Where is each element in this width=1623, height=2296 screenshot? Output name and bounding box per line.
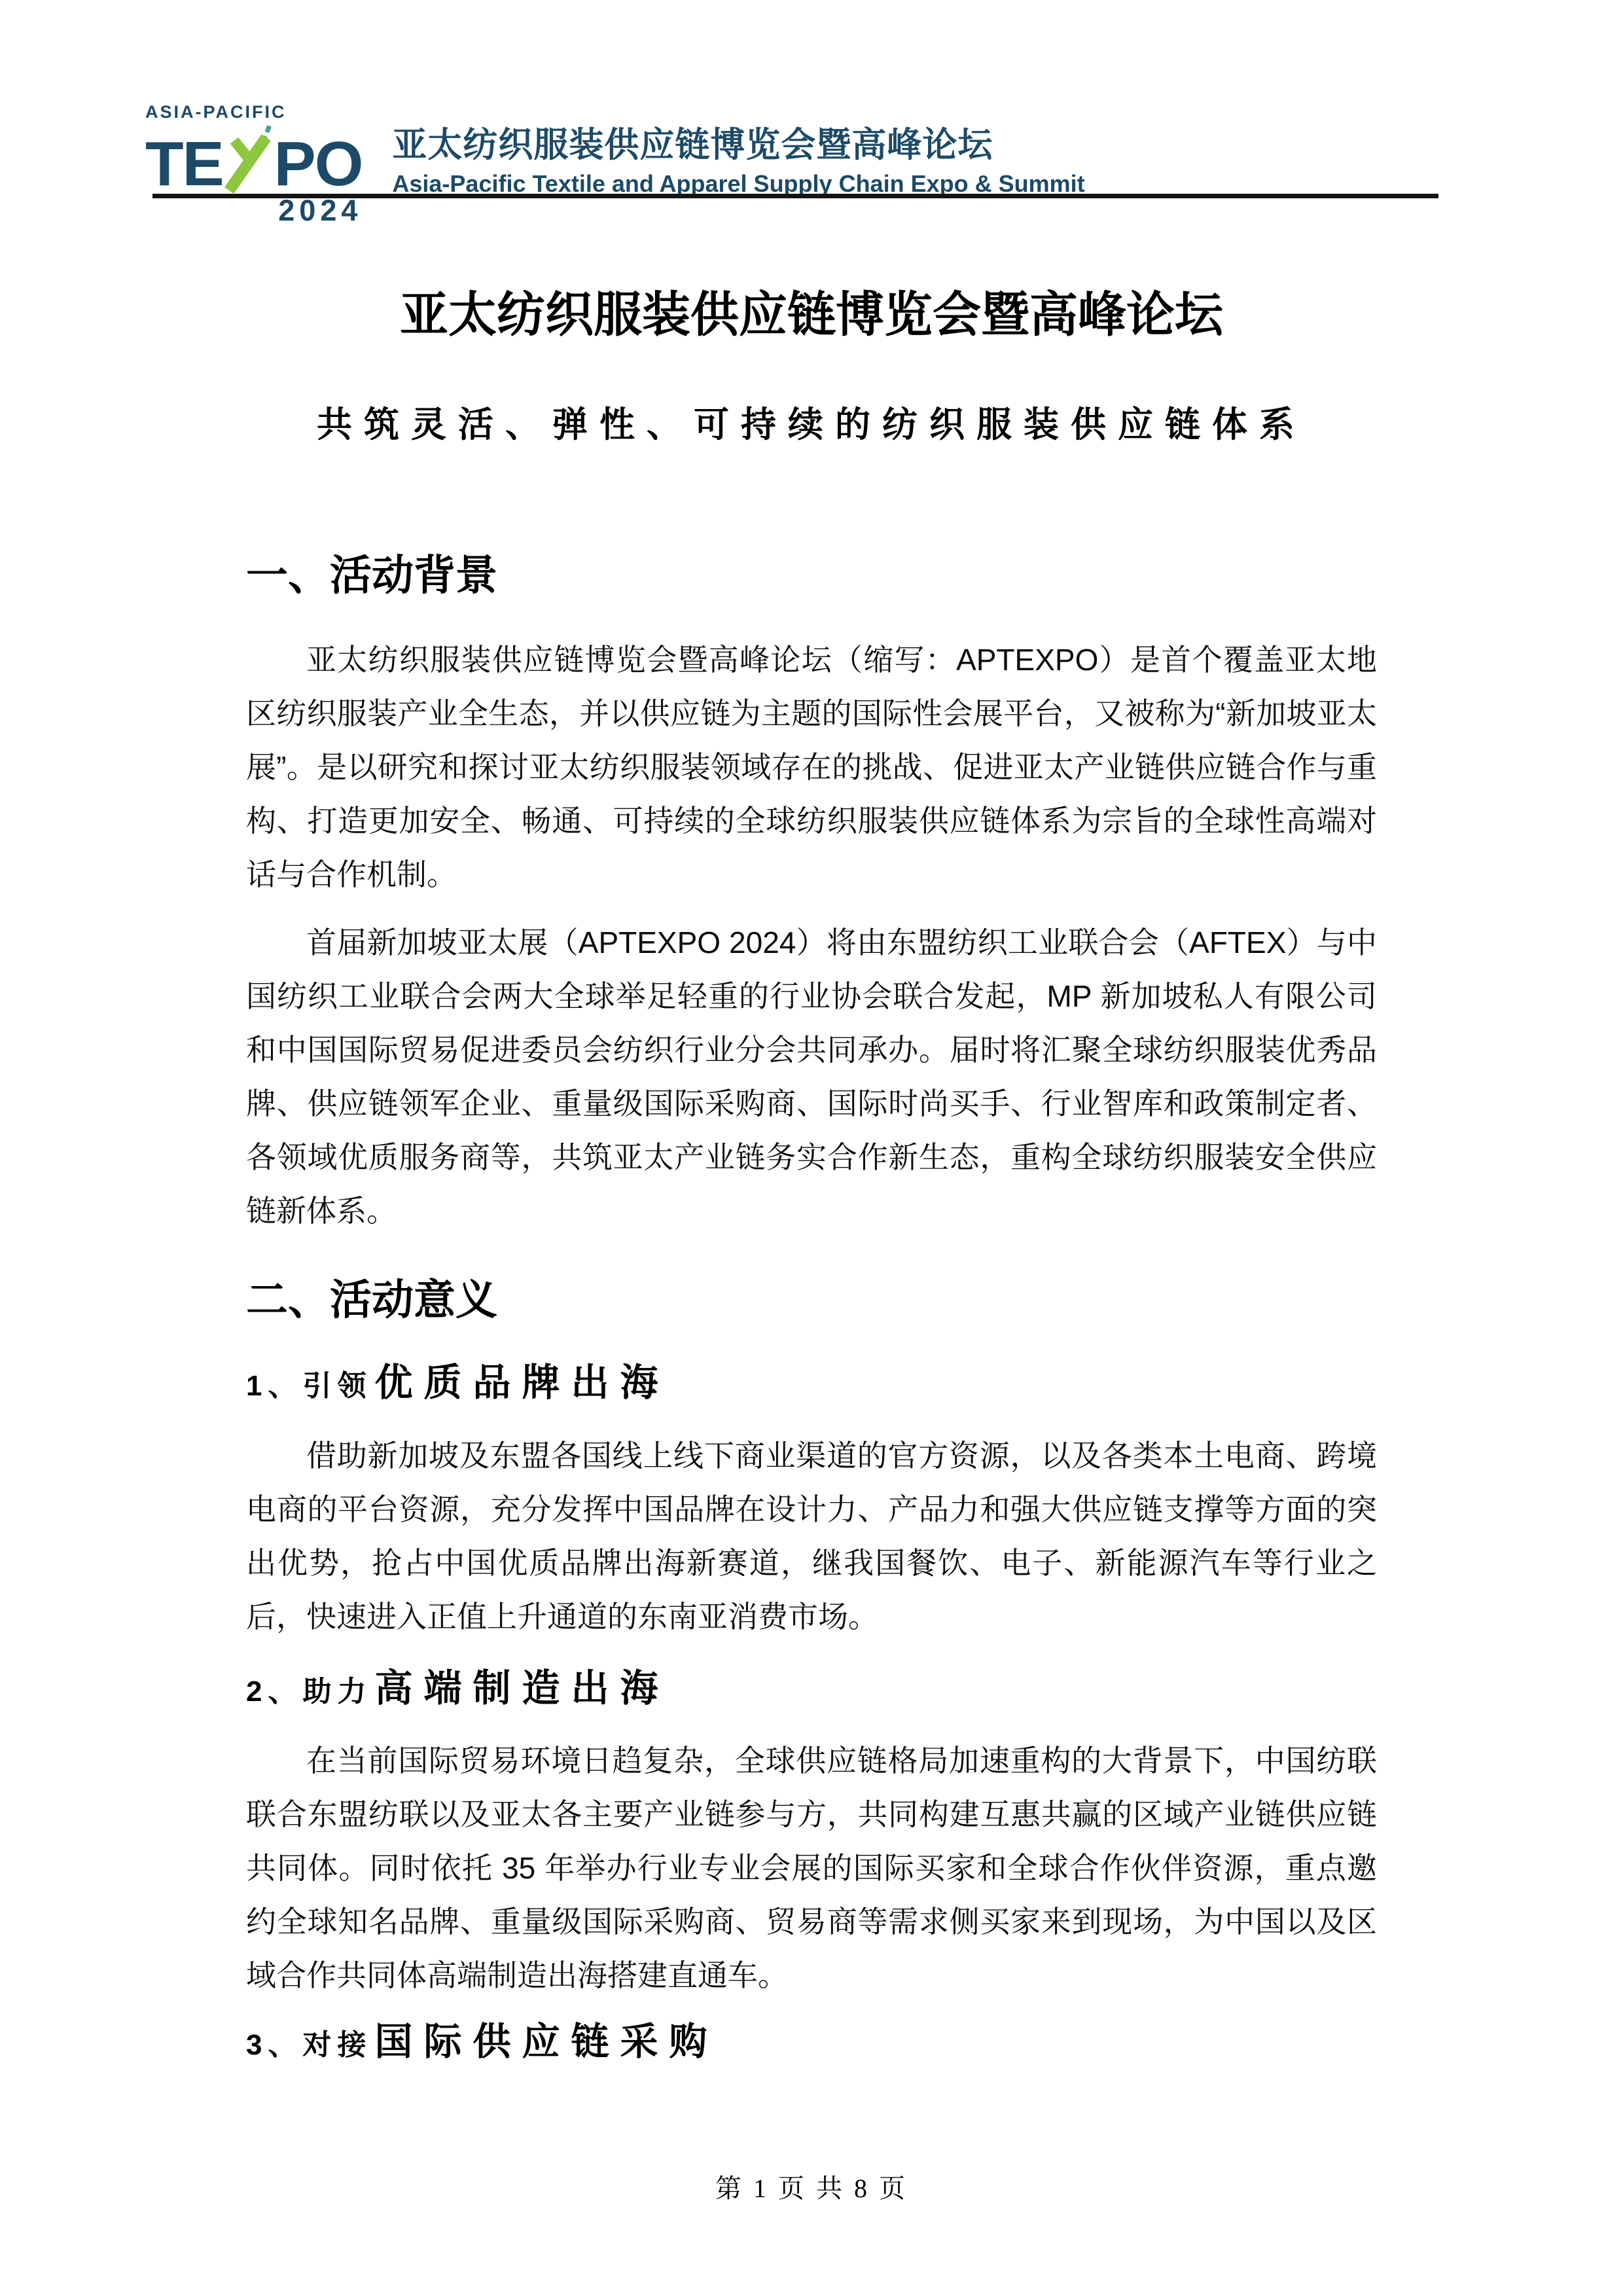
subsection-prefix: 1、引领 (246, 1370, 372, 1402)
header-divider (152, 194, 1438, 198)
document-body: 亚太纺织服装供应链博览会暨高峰论坛 共筑灵活、弹性、可持续的纺织服装供应链体系 … (246, 198, 1377, 2068)
section-heading-significance: 二、活动意义 (246, 1274, 1377, 1326)
paragraph: 借助新加坡及东盟各国线上线下商业渠道的官方资源，以及各类本土电商、跨境电商的平台… (246, 1429, 1377, 1643)
subsection-heading-3: 3、对接国际供应链采购 (246, 2017, 1377, 2068)
page-footer: 第 1 页 共 8 页 (0, 2168, 1623, 2205)
paragraph: 在当前国际贸易环境日趋复杂，全球供应链格局加速重构的大背景下，中国纺联联合东盟纺… (246, 1734, 1377, 2002)
logo-wordmark-te: TE (145, 135, 223, 193)
document-title: 亚太纺织服装供应链博览会暨高峰论坛 (246, 283, 1377, 346)
logo-title-english: Asia-Pacific Textile and Apparel Supply … (392, 171, 1084, 197)
subsection-heading-1: 1、引领优质品牌出海 (246, 1357, 1377, 1408)
subsection-prefix: 2、助力 (246, 1676, 372, 1708)
logo-wordmark-po: PO (274, 135, 363, 193)
subsection-prefix: 3、对接 (246, 2029, 372, 2061)
logo-stylized-x-icon (220, 125, 277, 193)
logo-titles: 亚太纺织服装供应链博览会暨高峰论坛 Asia-Pacific Textile a… (392, 103, 1084, 197)
subsection-heading-2: 2、助力高端制造出海 (246, 1663, 1377, 1714)
document-subtitle: 共筑灵活、弹性、可持续的纺织服装供应链体系 (246, 402, 1377, 448)
logo-wordmark: TE PO (145, 125, 362, 193)
logo-title-chinese: 亚太纺织服装供应链博览会暨高峰论坛 (392, 126, 1084, 166)
subsection-title: 优质品牌出海 (374, 1361, 669, 1404)
subsection-title: 国际供应链采购 (374, 2020, 718, 2063)
subsection-title: 高端制造出海 (374, 1667, 669, 1710)
paragraph: 首届新加坡亚太展（APTEXPO 2024）将由东盟纺织工业联合会（AFTEX）… (246, 916, 1377, 1238)
logo-region-text: ASIA-PACIFIC (145, 103, 287, 121)
paragraph: 亚太纺织服装供应链博览会暨高峰论坛（缩写：APTEXPO）是首个覆盖亚太地区纺织… (246, 633, 1377, 901)
section-heading-background: 一、活动背景 (246, 549, 1377, 601)
